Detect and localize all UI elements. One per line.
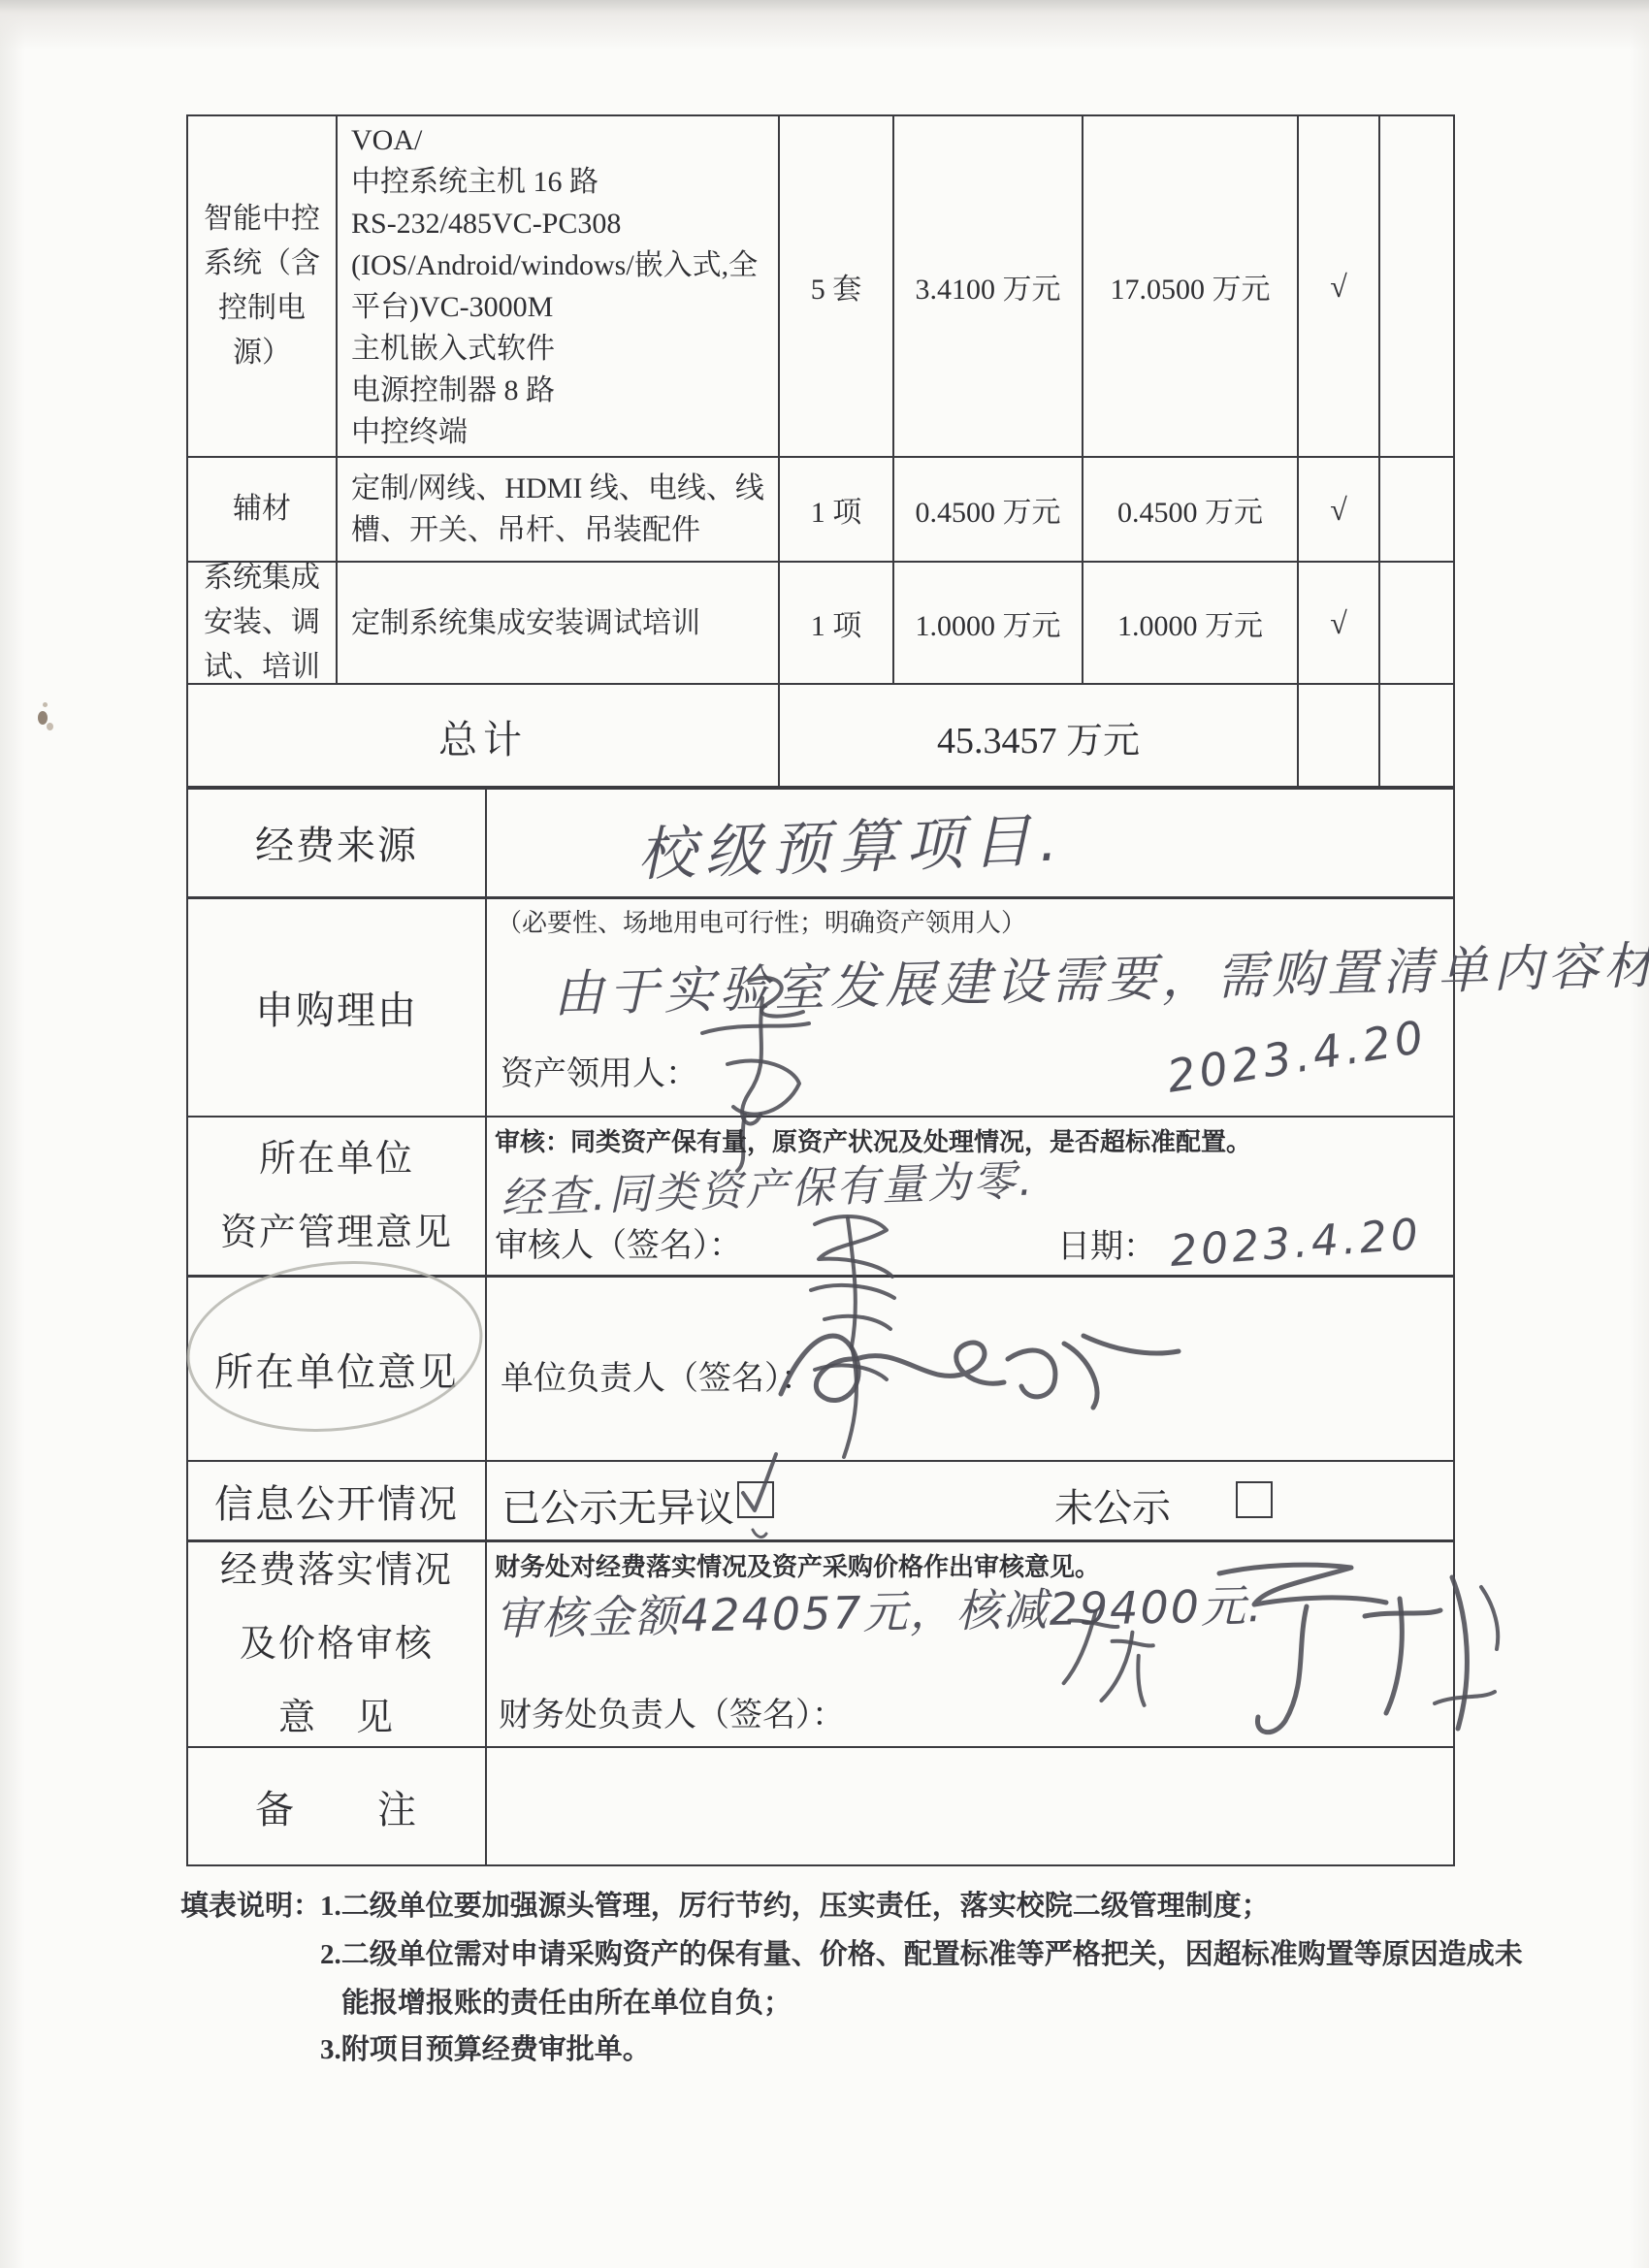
funding-source-cell: 校级预算项目. <box>487 788 1453 899</box>
item-category: 智能中控 系统（含 控制电 源） <box>188 116 338 458</box>
item-total-price: 1.0000 万元 <box>1083 563 1299 685</box>
footnote-line: 3.附项目预算经费审批单。 <box>320 2027 651 2067</box>
scan-speck <box>43 702 48 707</box>
footnotes-heading: 填表说明： <box>180 1884 321 1924</box>
item-empty-cell <box>1380 116 1453 458</box>
asset-mgmt-opinion-cell: 审核：同类资产保有量，原资产状况及处理情况，是否超标准配置。 经查.同类资产保有… <box>487 1118 1453 1278</box>
unit-opinion-cell: 单位负责人（签名）： <box>487 1278 1453 1462</box>
purchase-reason-label: 申购理由 <box>188 899 487 1118</box>
review-date-handwritten: 2023.4.20 <box>1169 1210 1424 1277</box>
item-category: 系统集成 安装、调 试、培训 <box>188 563 338 685</box>
review-date-line: 日期： 2023.4.20 <box>1057 1218 1422 1268</box>
item-quantity: 1 项 <box>780 563 894 685</box>
item-empty-cell <box>1380 563 1453 685</box>
purchase-reason-hint: （必要性、场地用电可行性；明确资产领用人） <box>497 903 1026 939</box>
footnote-line: 2.二级单位需对申请采购资产的保有量、价格、配置标准等严格把关，因超标准购置等原… <box>320 1932 1523 1972</box>
publicity-unpublished-option: 未公示 <box>1054 1477 1171 1533</box>
funding-source-handwritten: 校级预算项目. <box>636 794 1068 891</box>
asset-mgmt-opinion-label: 所在单位 资产管理意见 <box>188 1118 487 1278</box>
total-empty-cell <box>1380 685 1453 788</box>
item-approved-checkmark: √ <box>1299 116 1380 458</box>
unit-opinion-label-cell: 所在单位意见 <box>188 1278 487 1462</box>
item-description: 定制/网线、HDMI 线、电线、线 槽、开关、吊杆、吊装配件 <box>338 458 780 563</box>
funding-source-label: 经费来源 <box>188 788 487 899</box>
review-date-label: 日期： <box>1057 1229 1156 1265</box>
items-table: 智能中控 系统（含 控制电 源） VOA/ 中控系统主机 16 路 RS-232… <box>186 114 1455 790</box>
unit-head-signature <box>763 1299 1190 1440</box>
purchase-reason-cell: （必要性、场地用电可行性；明确资产领用人） 由于实验室发展建设需要，需购置清单内… <box>487 899 1453 1118</box>
remarks-cell <box>487 1748 1453 1864</box>
grand-total-value: 45.3457 万元 <box>780 685 1299 788</box>
item-description: VOA/ 中控系统主机 16 路 RS-232/485VC-PC308 (IOS… <box>338 116 780 458</box>
finance-head-signature <box>1161 1546 1515 1752</box>
publicity-label: 信息公开情况 <box>188 1462 487 1542</box>
scan-speck <box>38 711 48 725</box>
recipient-date-handwritten: 2023.4.20 <box>1163 1010 1430 1103</box>
item-empty-cell <box>1380 458 1453 563</box>
published-check-mark <box>731 1448 790 1545</box>
item-total-price: 0.4500 万元 <box>1083 458 1299 563</box>
finance-review-cell: 财务处对经费落实情况及资产采购价格作出审核意见。 审核金额424057元，核减2… <box>487 1542 1453 1748</box>
footnote-line: 能报增报账的责任由所在单位自负； <box>341 1981 792 2021</box>
cfo-sign-label: 财务处负责人（签名）： <box>499 1688 845 1735</box>
item-unit-price: 1.0000 万元 <box>894 563 1083 685</box>
item-quantity: 5 套 <box>780 116 894 458</box>
footnote-line: 1.二级单位要加强源头管理，厉行节约，压实责任，落实校院二级管理制度； <box>320 1884 1270 1924</box>
publicity-cell: 已公示无异议 未公示 <box>487 1462 1453 1542</box>
publicity-published-option: 已公示无异议 <box>501 1477 734 1533</box>
total-empty-cell <box>1299 685 1380 788</box>
scanned-procurement-form-page: 智能中控 系统（含 控制电 源） VOA/ 中控系统主机 16 路 RS-232… <box>0 0 1649 2268</box>
remarks-label: 备 注 <box>188 1748 487 1864</box>
item-approved-checkmark: √ <box>1299 458 1380 563</box>
asset-recipient-label: 资产领用人： <box>501 1047 698 1094</box>
item-unit-price: 3.4100 万元 <box>894 116 1083 458</box>
scan-speck <box>47 723 53 730</box>
finance-review-label: 经费落实情况 及价格审核 意 见 <box>188 1542 487 1748</box>
item-total-price: 17.0500 万元 <box>1083 116 1299 458</box>
grand-total-label: 总计 <box>188 685 780 788</box>
unpublished-checkbox <box>1236 1481 1273 1518</box>
item-approved-checkmark: √ <box>1299 563 1380 685</box>
item-description: 定制系统集成安装调试培训 <box>338 563 780 685</box>
item-quantity: 1 项 <box>780 458 894 563</box>
item-unit-price: 0.4500 万元 <box>894 458 1083 563</box>
pencil-circle-mark <box>178 1247 492 1445</box>
approval-sections-table: 经费来源 校级预算项目. 申购理由 （必要性、场地用电可行性；明确资产领用人） … <box>186 786 1455 1866</box>
reviewer-sign-label: 审核人（签名）： <box>495 1218 742 1266</box>
item-category: 辅材 <box>188 458 338 563</box>
